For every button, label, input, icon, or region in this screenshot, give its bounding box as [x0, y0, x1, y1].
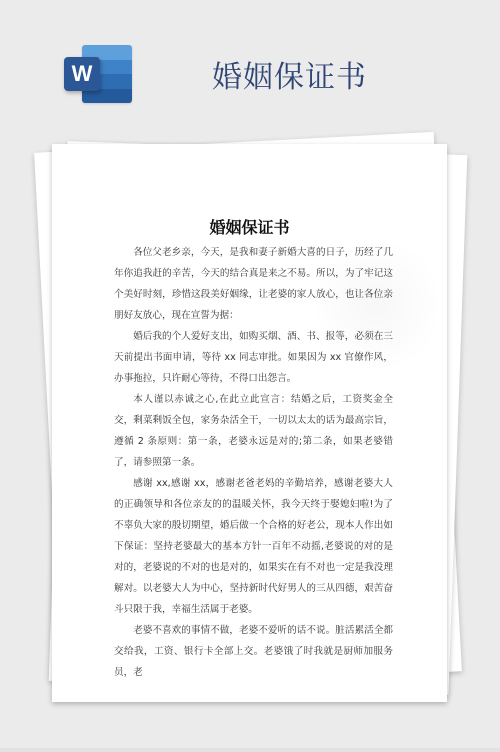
bottom-divider — [0, 748, 500, 752]
document-body: 各位父老乡亲，今天，是我和妻子新婚大喜的日子，历经了几年你追我赶的辛苦，今天的结… — [114, 242, 393, 683]
paragraph: 老婆不喜欢的事情不做，老婆不爱听的话不说。脏活累活全都交给我，工资、银行卡全部上… — [114, 620, 393, 683]
paragraph: 婚后我的个人爱好支出，如购买烟、酒、书、报等，必须在三天前提出书面申请，等待 x… — [114, 326, 393, 389]
front-page: 婚姻保证书 各位父老乡亲，今天，是我和妻子新婚大喜的日子，历经了几年你追我赶的辛… — [52, 144, 447, 702]
paragraph: 感谢 xx,感谢 xx，感谢老爸老妈的辛勤培养，感谢老婆大人的正确领导和各位亲友… — [114, 473, 393, 620]
paragraph: 本人谨以赤诚之心,在此立此宣言：结婚之后，工资奖金全交，剩菜剩饭全包，家务杂活全… — [114, 389, 393, 473]
document-title: 婚姻保证书 — [52, 215, 447, 238]
document-preview: 婚姻保证书 各位父老乡亲，今天，是我和妻子新婚大喜的日子，历经了几年你追我赶的辛… — [0, 0, 500, 752]
paragraph: 各位父老乡亲，今天，是我和妻子新婚大喜的日子，历经了几年你追我赶的辛苦，今天的结… — [114, 242, 393, 326]
